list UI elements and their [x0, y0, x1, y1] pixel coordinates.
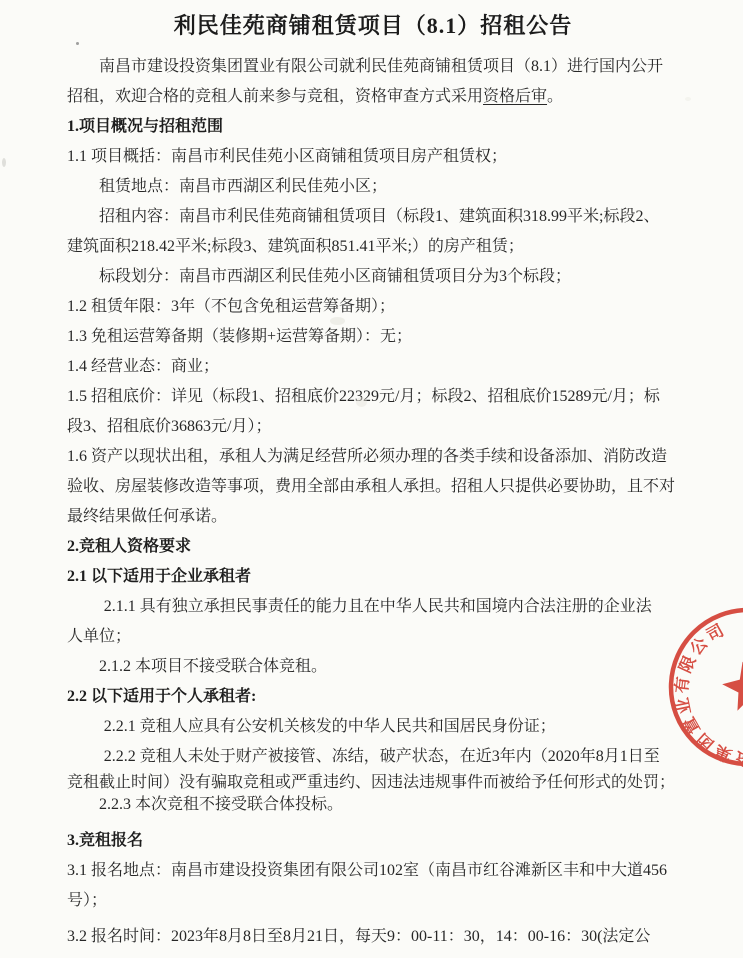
lease-content-line-2: 建筑面积218.42平米;标段3、建筑面积851.41平米;）的房产租赁； [67, 232, 679, 262]
clause-2-2-2: 2.2.2 竞租人未处于财产被接管、冻结，破产状态，在近3年内（2020年8月1… [67, 742, 679, 772]
scanned-document-page: 利民佳苑商铺租赁项目（8.1）招租公告 南昌市建设投资集团置业有限公司就利民佳苑… [0, 0, 743, 958]
clause-2-2-2-line-2: 竞租截止时间）没有骗取竞租或严重违约、因违法违规事件而被给予任何形式的处罚； [67, 772, 679, 794]
clause-2-2-3: 2.2.3 本次竞租不接受联合体投标。 [67, 794, 679, 816]
clause-2-2-1: 2.2.1 竞租人应具有公安机关核发的中华人民共和国居民身份证； [67, 712, 679, 742]
lease-location-line: 租赁地点：南昌市西湖区利民佳苑小区； [67, 172, 679, 202]
clause-3-1-line-2: 号）； [67, 886, 679, 916]
document-body: 利民佳苑商铺租赁项目（8.1）招租公告 南昌市建设投资集团置业有限公司就利民佳苑… [67, 10, 679, 952]
intro-paragraph-line-1: 南昌市建设投资集团置业有限公司就利民佳苑商铺租赁项目（8.1）进行国内公开 [67, 52, 679, 82]
clause-1-1: 1.1 项目概括：南昌市利民佳苑小区商铺租赁项目房产租赁权； [67, 142, 679, 172]
clause-2-1-1: 2.1.1 具有独立承担民事责任的能力且在中华人民共和国境内合法注册的企业法 [67, 592, 679, 622]
clause-1-6: 1.6 资产以现状出租，承租人为满足经营所必须办理的各类手续和设备添加、消防改造 [67, 442, 679, 472]
clause-1-5: 1.5 招租底价：详见（标段1、招租底价22329元/月；标段2、招租底价152… [67, 382, 679, 412]
section-heading-2: 2.竞租人资格要求 [67, 532, 679, 562]
clause-2-1-1-line-2: 人单位； [67, 622, 679, 652]
intro-text: 招租，欢迎合格的竞租人前来参与竞租，资格审查方式采用 [67, 88, 483, 105]
section-heading-1: 1.项目概况与招租范围 [67, 112, 679, 142]
clause-1-4: 1.4 经营业态：商业； [67, 352, 679, 382]
lot-division-line: 标段划分：南昌市西湖区利民佳苑小区商铺租赁项目分为3个标段； [67, 262, 679, 292]
seal-star-icon [715, 658, 743, 721]
subsection-2-1: 2.1 以下适用于企业承租者 [67, 562, 679, 592]
intro-paragraph-line-2: 招租，欢迎合格的竞租人前来参与竞租，资格审查方式采用资格后审。 [67, 82, 679, 112]
clause-1-3: 1.3 免租运营筹备期（装修期+运营筹备期）：无； [67, 322, 679, 352]
clause-3-1: 3.1 报名地点：南昌市建设投资集团有限公司102室（南昌市红谷滩新区丰和中大道… [67, 856, 679, 886]
scan-smudge [685, 97, 691, 101]
lease-content-line: 招租内容：南昌市利民佳苑商铺租赁项目（标段1、建筑面积318.99平米;标段2、 [67, 202, 679, 232]
subsection-2-2: 2.2 以下适用于个人承租者: [67, 682, 679, 712]
scan-smudge [356, 397, 367, 407]
clause-3-2: 3.2 报名时间：2023年8月8日至8月21日，每天9：00-11：30，14… [67, 922, 679, 952]
clause-1-6-line-3: 最终结果做任何承诺。 [67, 502, 679, 532]
underlined-qualification-review-text: 资格后审 [483, 88, 547, 105]
clause-1-6-line-2: 验收、房屋装修改造等事项，费用全部由承租人承担。招租人只提供必要协助，且不对 [67, 472, 679, 502]
clause-1-2: 1.2 租赁年限：3年（不包含免租运营筹备期）； [67, 292, 679, 322]
document-title: 利民佳苑商铺租赁项目（8.1）招租公告 [67, 10, 679, 42]
scan-speck [2, 158, 6, 167]
clause-2-1-2: 2.1.2 本项目不接受联合体竞租。 [67, 652, 679, 682]
intro-text-end: 。 [547, 88, 563, 105]
clause-1-5-line-2: 段3、招租底价36863元/月）； [67, 412, 679, 442]
scan-smudge [330, 317, 345, 325]
scan-speck [76, 42, 79, 45]
section-heading-3: 3.竞租报名 [67, 826, 679, 856]
